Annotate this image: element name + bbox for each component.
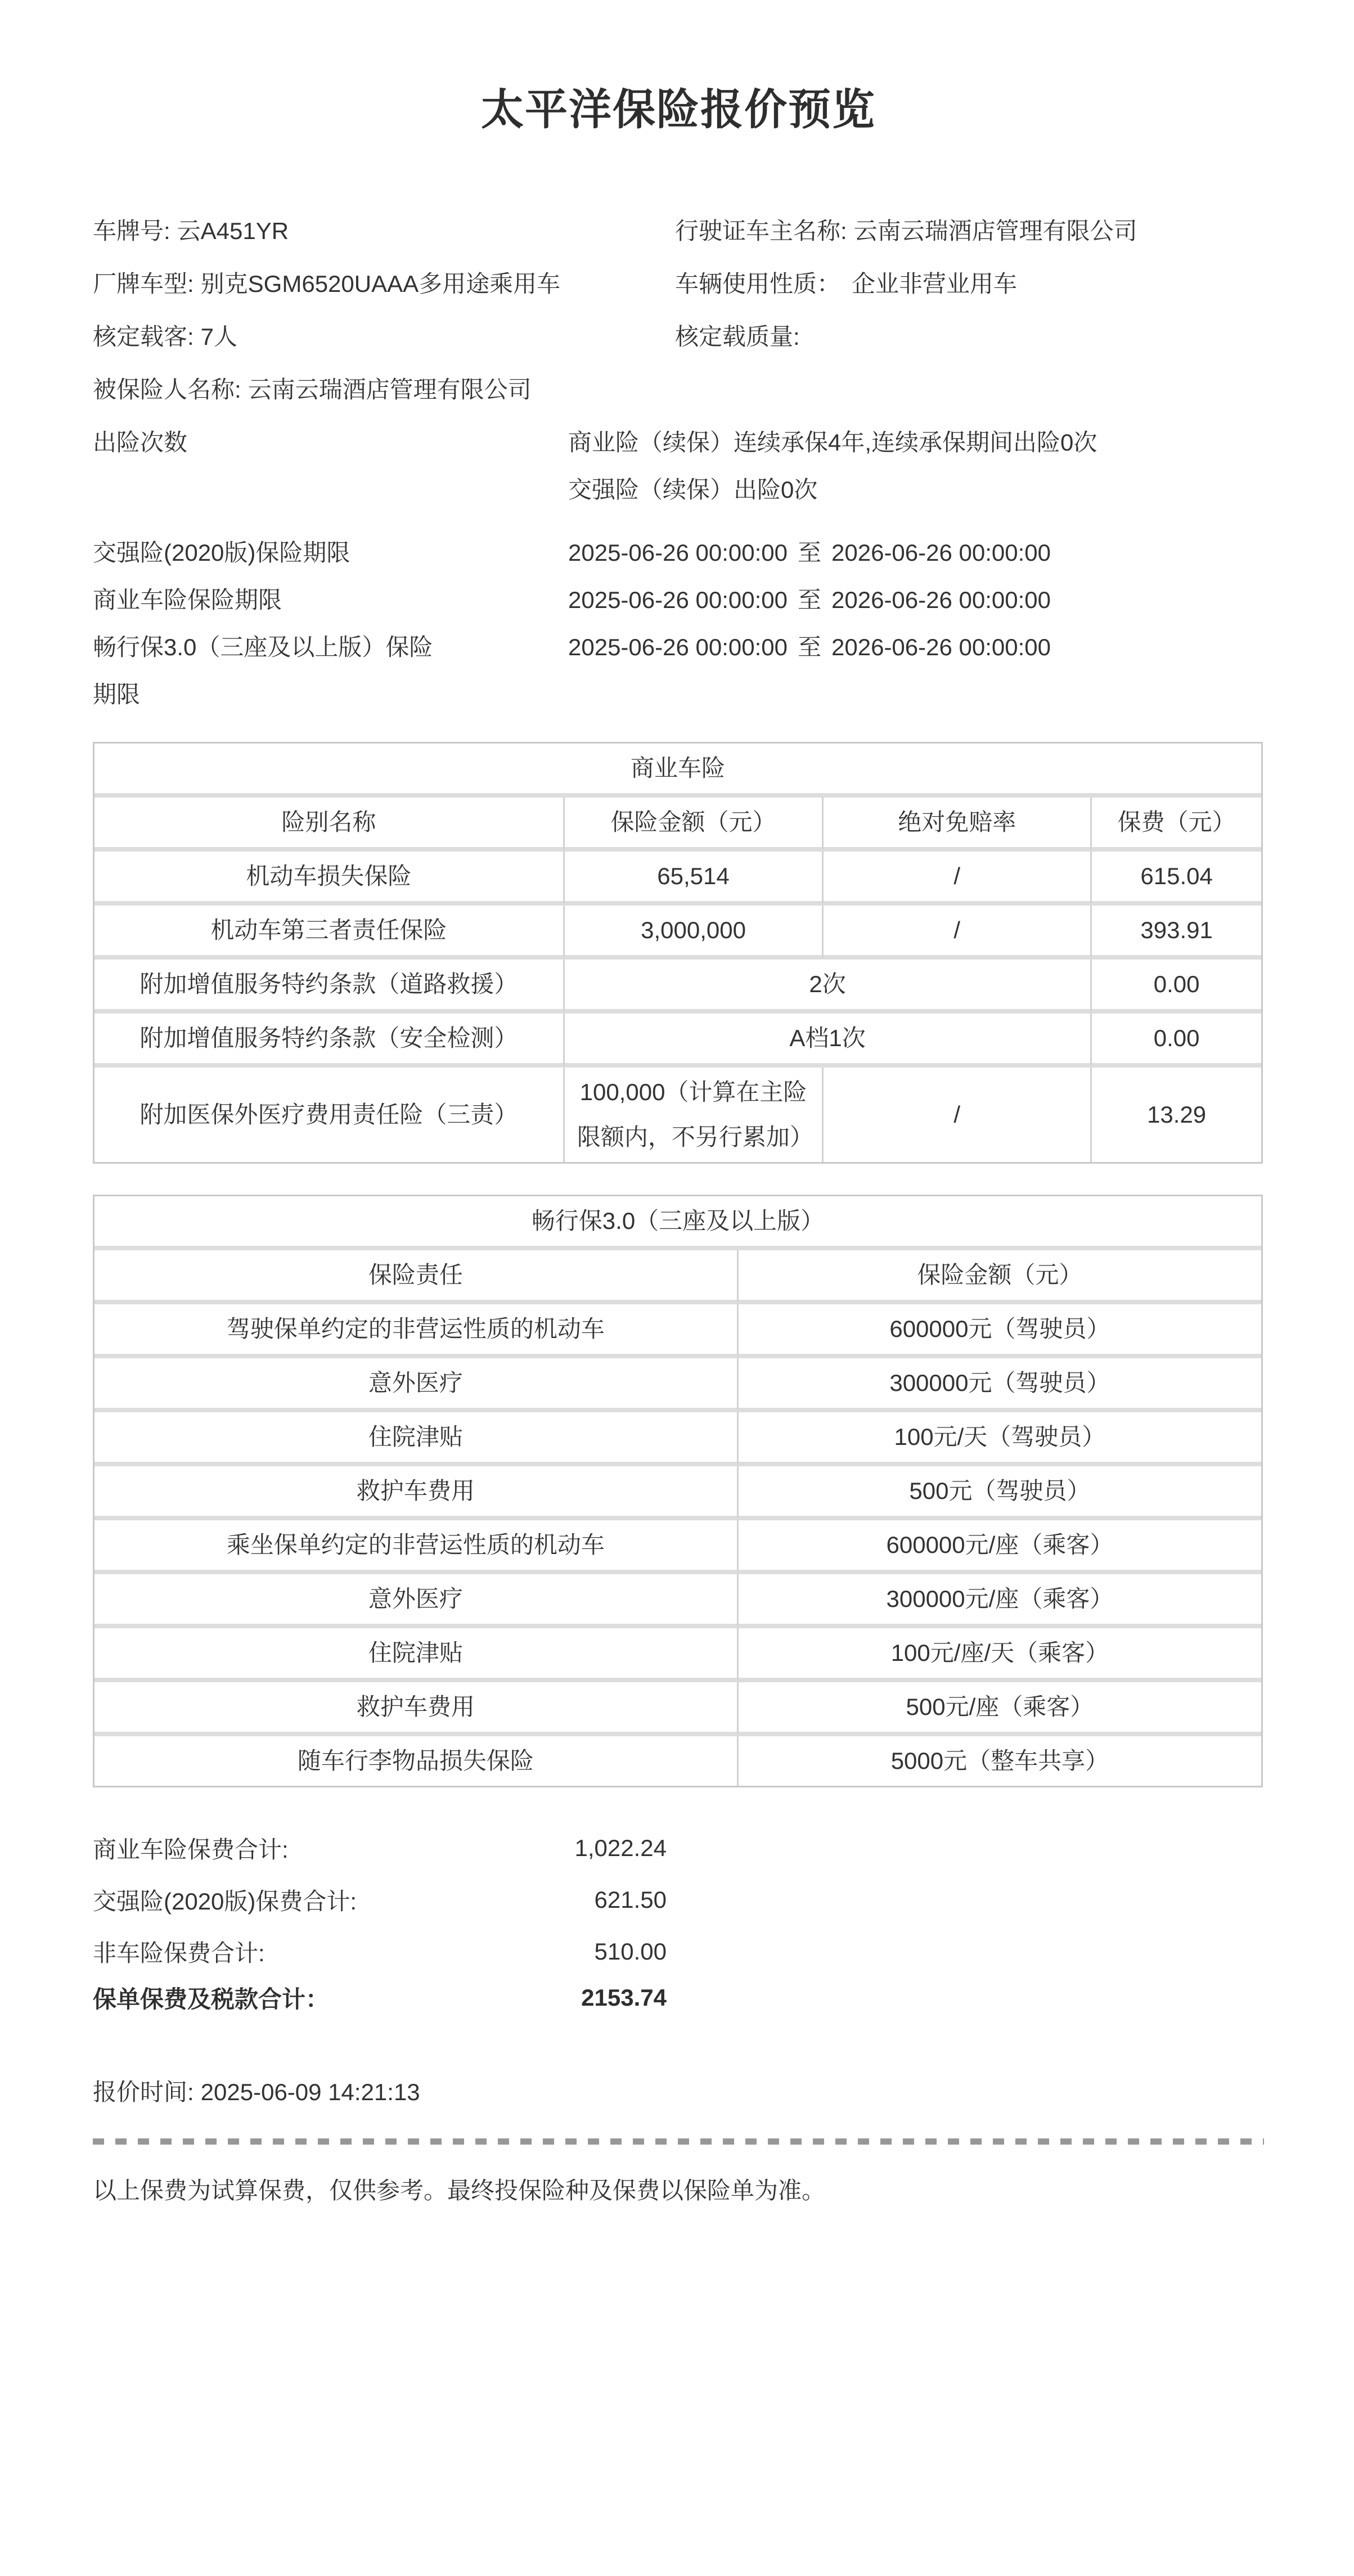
period-row-compulsory: 交强险(2020版)保险期限 2025-06-26 00:00:00至2026-… <box>93 529 1264 577</box>
period-to: 2026-06-26 00:00:00 <box>831 587 1051 613</box>
info-row-seats-load: 核定载客:7人 核定载质量: <box>93 309 1264 362</box>
plate-label: 车牌号: <box>93 218 170 244</box>
cell-deductible: / <box>824 906 1092 960</box>
period-to-word: 至 <box>798 634 821 660</box>
summary-row-compulsory: 交强险(2020版)保费合计: 621.50 <box>93 1874 1264 1926</box>
cell-risk-name: 机动车损失保险 <box>95 852 565 906</box>
cell-premium: 0.00 <box>1092 1014 1261 1068</box>
table-row: 附加增值服务特约条款（道路救援） 2次 0.00 <box>95 960 1261 1014</box>
info-row-model-usage: 厂牌车型:别克SGM6520UAAA多用途乘用车 车辆使用性质：企业非营业用车 <box>93 256 1264 309</box>
summary-label: 商业车险保费合计: <box>93 1831 487 1865</box>
model-value: 别克SGM6520UAAA多用途乘用车 <box>201 271 560 297</box>
summary-value: 510.00 <box>487 1938 667 1965</box>
table-row: 意外医疗 300000元/座（乘客） <box>95 1574 1261 1628</box>
period-dates: 2025-06-26 00:00:00至2026-06-26 00:00:00 <box>568 577 1264 624</box>
period-label: 商业车险保险期限 <box>93 577 439 624</box>
table-title: 商业车险 <box>95 744 1261 798</box>
period-to-word: 至 <box>798 539 821 566</box>
cell-premium: 615.04 <box>1092 852 1261 906</box>
cell-risk-name: 附加增值服务特约条款（安全检测） <box>95 1014 565 1068</box>
owner-label: 行驶证车主名称: <box>675 218 847 244</box>
load-label: 核定载质量: <box>675 323 800 350</box>
cell-amount: 5000元（整车共享） <box>739 1736 1261 1786</box>
cell-premium: 13.29 <box>1092 1068 1261 1162</box>
page-title: 太平洋保险报价预览 <box>93 84 1264 136</box>
owner-value: 云南云瑞酒店管理有限公司 <box>854 218 1137 244</box>
period-dates: 2025-06-26 00:00:00至2026-06-26 00:00:00 <box>568 529 1264 577</box>
header-premium: 保费（元） <box>1092 798 1261 852</box>
table-row: 住院津贴 100元/天（驾驶员） <box>95 1412 1261 1466</box>
cell-amount: 300000元（驾驶员） <box>739 1358 1261 1412</box>
summary-label: 交强险(2020版)保费合计: <box>93 1883 487 1917</box>
quote-time-label: 报价时间: <box>93 2079 194 2105</box>
plate-value: 云A451YR <box>177 218 289 244</box>
summary-row-commercial: 商业车险保费合计: 1,022.24 <box>93 1822 1264 1874</box>
summary-row-total: 保单保费及税款合计： 2153.74 <box>93 1978 1264 2018</box>
period-dates: 2025-06-26 00:00:00至2026-06-26 00:00:00 <box>568 624 1264 671</box>
summary-value: 621.50 <box>487 1886 667 1913</box>
table-row: 意外医疗 300000元（驾驶员） <box>95 1358 1261 1412</box>
cell-duty: 驾驶保单约定的非营运性质的机动车 <box>95 1304 739 1358</box>
table-row: 机动车损失保险 65,514 / 615.04 <box>95 852 1261 906</box>
cell-amount: 100,000（计算在主险限额内，不另行累加） <box>565 1068 824 1162</box>
cell-duty: 意外医疗 <box>95 1358 739 1412</box>
claims-label: 出险次数 <box>93 419 568 466</box>
period-to: 2026-06-26 00:00:00 <box>831 539 1051 566</box>
table-header-row: 保险责任 保险金额（元） <box>95 1250 1261 1304</box>
period-row-changxing: 畅行保3.0（三座及以上版）保险期限 2025-06-26 00:00:00至2… <box>93 624 1264 718</box>
table-header-row: 险别名称 保险金额（元） 绝对免赔率 保费（元） <box>95 798 1261 852</box>
quote-time-value: 2025-06-09 14:21:13 <box>201 2079 420 2105</box>
claims-count-row: 出险次数 商业险（续保）连续承保4年,连续承保期间出险0次 交强险（续保）出险0… <box>93 419 1264 514</box>
vehicle-info-section: 车牌号:云A451YR 行驶证车主名称:云南云瑞酒店管理有限公司 厂牌车型:别克… <box>93 203 1264 514</box>
summary-row-noncar: 非车险保费合计: 510.00 <box>93 1926 1264 1978</box>
claims-compulsory-line: 交强险（续保）出险0次 <box>568 466 1264 514</box>
table-title: 畅行保3.0（三座及以上版） <box>95 1196 1261 1250</box>
cell-duty: 随车行李物品损失保险 <box>95 1736 739 1786</box>
summary-label: 非车险保费合计: <box>93 1935 487 1969</box>
table-row: 住院津贴 100元/座/天（乘客） <box>95 1628 1261 1682</box>
commercial-insurance-table: 商业车险 险别名称 保险金额（元） 绝对免赔率 保费（元） 机动车损失保险 65… <box>93 742 1263 1164</box>
cell-deductible: / <box>824 1068 1092 1162</box>
insurance-quote-document: 太平洋保险报价预览 车牌号:云A451YR 行驶证车主名称:云南云瑞酒店管理有限… <box>0 84 1354 2214</box>
usage-value: 企业非营业用车 <box>852 271 1017 297</box>
load-field: 核定载质量: <box>675 318 1264 352</box>
changxing-insurance-table: 畅行保3.0（三座及以上版） 保险责任 保险金额（元） 驾驶保单约定的非营运性质… <box>93 1195 1263 1787</box>
disclaimer-text: 以上保费为试算保费，仅供参考。最终投保险种及保费以保险单为准。 <box>93 2167 1264 2214</box>
insurance-periods-section: 交强险(2020版)保险期限 2025-06-26 00:00:00至2026-… <box>93 529 1264 718</box>
header-amount: 保险金额（元） <box>739 1250 1261 1304</box>
header-duty: 保险责任 <box>95 1250 739 1304</box>
cell-amount: 500元/座（乘客） <box>739 1682 1261 1736</box>
cell-deductible: / <box>824 852 1092 906</box>
model-field: 厂牌车型:别克SGM6520UAAA多用途乘用车 <box>93 265 675 299</box>
premium-summary-section: 商业车险保费合计: 1,022.24 交强险(2020版)保费合计: 621.5… <box>93 1822 1264 2018</box>
quote-time-row: 报价时间:2025-06-09 14:21:13 <box>93 2069 1264 2116</box>
table-row: 救护车费用 500元（驾驶员） <box>95 1466 1261 1520</box>
table-row: 乘坐保单约定的非营运性质的机动车 600000元/座（乘客） <box>95 1520 1261 1574</box>
insured-label: 被保险人名称: <box>93 376 241 403</box>
table-row: 随车行李物品损失保险 5000元（整车共享） <box>95 1736 1261 1786</box>
usage-label: 车辆使用性质： <box>675 271 840 297</box>
table-row: 附加医保外医疗费用责任险（三责） 100,000（计算在主险限额内，不另行累加）… <box>95 1068 1261 1162</box>
dashed-divider <box>93 2138 1264 2145</box>
cell-amount: 500元（驾驶员） <box>739 1466 1261 1520</box>
table-title-row: 畅行保3.0（三座及以上版） <box>95 1196 1261 1250</box>
cell-amount: 2次 <box>565 960 1092 1014</box>
period-from: 2025-06-26 00:00:00 <box>568 587 788 613</box>
table-row: 附加增值服务特约条款（安全检测） A档1次 0.00 <box>95 1014 1261 1068</box>
cell-amount: 600000元/座（乘客） <box>739 1520 1261 1574</box>
cell-amount: 65,514 <box>565 852 824 906</box>
info-row-plate-owner: 车牌号:云A451YR 行驶证车主名称:云南云瑞酒店管理有限公司 <box>93 203 1264 256</box>
plate-field: 车牌号:云A451YR <box>93 213 675 246</box>
seats-value: 7人 <box>201 323 237 350</box>
table-row: 机动车第三者责任保险 3,000,000 / 393.91 <box>95 906 1261 960</box>
cell-duty: 意外医疗 <box>95 1574 739 1628</box>
period-from: 2025-06-26 00:00:00 <box>568 634 788 660</box>
cell-amount: 600000元（驾驶员） <box>739 1304 1261 1358</box>
table-row: 救护车费用 500元/座（乘客） <box>95 1682 1261 1736</box>
cell-risk-name: 附加医保外医疗费用责任险（三责） <box>95 1068 565 1162</box>
model-label: 厂牌车型: <box>93 271 194 297</box>
cell-risk-name: 机动车第三者责任保险 <box>95 906 565 960</box>
cell-amount: 100元/座/天（乘客） <box>739 1628 1261 1682</box>
cell-premium: 393.91 <box>1092 906 1261 960</box>
table-row: 驾驶保单约定的非营运性质的机动车 600000元（驾驶员） <box>95 1304 1261 1358</box>
info-row-insured: 被保险人名称:云南云瑞酒店管理有限公司 <box>93 362 1264 415</box>
cell-amount: 3,000,000 <box>565 906 824 960</box>
table-title-row: 商业车险 <box>95 744 1261 798</box>
period-label: 交强险(2020版)保险期限 <box>93 529 439 577</box>
period-label: 畅行保3.0（三座及以上版）保险期限 <box>93 624 439 718</box>
insured-field: 被保险人名称:云南云瑞酒店管理有限公司 <box>93 371 675 405</box>
cell-duty: 救护车费用 <box>95 1682 739 1736</box>
cell-duty: 救护车费用 <box>95 1466 739 1520</box>
cell-amount: A档1次 <box>565 1014 1092 1068</box>
summary-total-value: 2153.74 <box>487 1984 667 2011</box>
seats-field: 核定载客:7人 <box>93 318 675 352</box>
cell-amount: 300000元/座（乘客） <box>739 1574 1261 1628</box>
header-risk-name: 险别名称 <box>95 798 565 852</box>
period-to-word: 至 <box>798 587 821 613</box>
seats-label: 核定载客: <box>93 323 194 350</box>
cell-premium: 0.00 <box>1092 960 1261 1014</box>
period-from: 2025-06-26 00:00:00 <box>568 539 788 566</box>
claims-commercial-line: 商业险（续保）连续承保4年,连续承保期间出险0次 <box>568 419 1264 466</box>
header-amount: 保险金额（元） <box>565 798 824 852</box>
cell-duty: 住院津贴 <box>95 1412 739 1466</box>
header-deductible: 绝对免赔率 <box>824 798 1092 852</box>
insured-value: 云南云瑞酒店管理有限公司 <box>248 376 532 403</box>
period-row-commercial: 商业车险保险期限 2025-06-26 00:00:00至2026-06-26 … <box>93 577 1264 624</box>
claims-values: 商业险（续保）连续承保4年,连续承保期间出险0次 交强险（续保）出险0次 <box>568 419 1264 514</box>
cell-risk-name: 附加增值服务特约条款（道路救援） <box>95 960 565 1014</box>
cell-duty: 乘坐保单约定的非营运性质的机动车 <box>95 1520 739 1574</box>
summary-value: 1,022.24 <box>487 1835 667 1862</box>
summary-total-label: 保单保费及税款合计： <box>93 1981 487 2015</box>
cell-amount: 100元/天（驾驶员） <box>739 1412 1261 1466</box>
period-to: 2026-06-26 00:00:00 <box>831 634 1051 660</box>
owner-field: 行驶证车主名称:云南云瑞酒店管理有限公司 <box>675 213 1264 246</box>
usage-field: 车辆使用性质：企业非营业用车 <box>675 265 1264 299</box>
cell-duty: 住院津贴 <box>95 1628 739 1682</box>
